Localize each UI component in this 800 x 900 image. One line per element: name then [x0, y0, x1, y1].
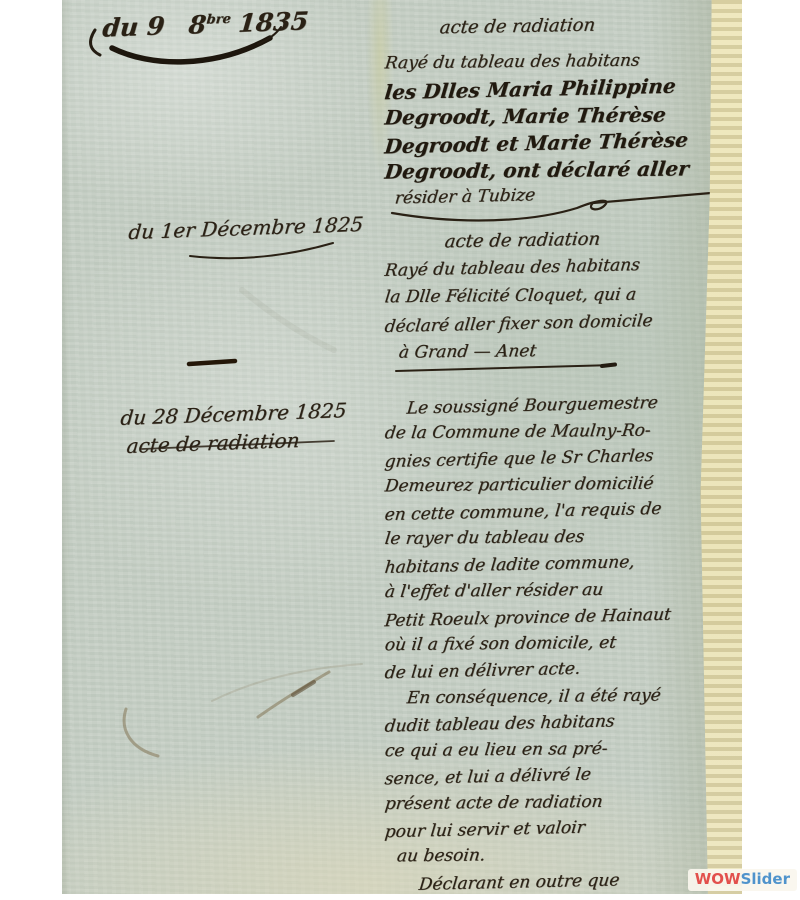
section2-line: déclaré aller fixer son domicile — [384, 313, 654, 336]
section1-line: Rayé du tableau des habitans — [384, 53, 641, 73]
section2-heading: acte de radiation — [444, 229, 602, 253]
manuscript-page: du 98bre1835 du 1er Décembre 1825 du 28 … — [62, 0, 742, 894]
wowslider-watermark[interactable]: WOWSlider — [688, 869, 797, 891]
section3-line: Déclarant en outre que — [384, 872, 620, 894]
section3-line: à l'effet d'aller résider au — [384, 582, 604, 601]
section1-line: résider à Tubize — [384, 187, 536, 207]
section3-line: gnies certifie que le Sr Charles — [384, 448, 654, 471]
section1-line: Degroodt, ont déclaré aller — [384, 160, 690, 180]
date-prefix: du 9 — [101, 11, 166, 42]
watermark-wow-text: WOW — [695, 870, 741, 888]
margin-date-december-28-1825: du 28 Décembre 1825 — [120, 398, 348, 430]
date-month-suffix: bre — [206, 12, 232, 28]
section2-line: Rayé du tableau des habitans — [384, 257, 641, 280]
section3-line: ce qui a eu lieu en sa pré- — [384, 741, 609, 760]
margin-label-acte-de-radiation: acte de radiation — [126, 428, 301, 458]
margin-date-december-1-1825: du 1er Décembre 1825 — [128, 212, 365, 244]
section3-line: où il a fixé son domicile, et — [384, 635, 617, 654]
body-column: acte de radiation Rayé du tableau des ha… — [385, 0, 725, 894]
section3-line: présent acte de radiation — [384, 794, 604, 813]
section3-line: pour lui servir et valoir — [384, 820, 586, 842]
margin-column: du 98bre1835 du 1er Décembre 1825 du 28 … — [85, 0, 385, 894]
section3-line: au besoin. — [384, 847, 486, 865]
section3-line: Le soussigné Bourguemestre — [384, 395, 659, 418]
section3-line: En conséquence, il a été rayé — [384, 688, 662, 708]
section3-line: dudit tableau des habitans — [384, 713, 616, 735]
section2-line: la Dlle Félicité Cloquet, qui a — [384, 287, 637, 307]
section2-line: à Grand — Anet — [384, 343, 537, 362]
section3-line: habitans de ladite commune, — [384, 554, 636, 577]
section1-heading: acte de radiation — [439, 15, 597, 39]
margin-date-october-1835: du 98bre1835 — [101, 6, 309, 42]
section3-line: le rayer du tableau des — [384, 529, 585, 548]
watermark-slider-text: Slider — [741, 870, 790, 888]
section3-line: en cette commune, l'a requis de — [384, 501, 662, 524]
section3-line: Demeurez particulier domicilié — [384, 476, 655, 496]
section3-line: sence, et lui a délivré le — [384, 767, 592, 789]
section3-line: Petit Roeulx province de Hainaut — [384, 607, 672, 630]
section1-line: Degroodt, Marie Thérèse — [384, 107, 667, 127]
section1-line: les Dlles Maria Philippine — [384, 78, 677, 102]
section1-line: Degroodt et Marie Thérèse — [384, 132, 689, 156]
section3-line: de la Commune de Maulny-Ro- — [384, 423, 652, 443]
date-month-number: 8 — [187, 10, 207, 40]
section3-line: de lui en délivrer acte. — [384, 661, 581, 682]
date-year: 1835 — [237, 6, 309, 37]
